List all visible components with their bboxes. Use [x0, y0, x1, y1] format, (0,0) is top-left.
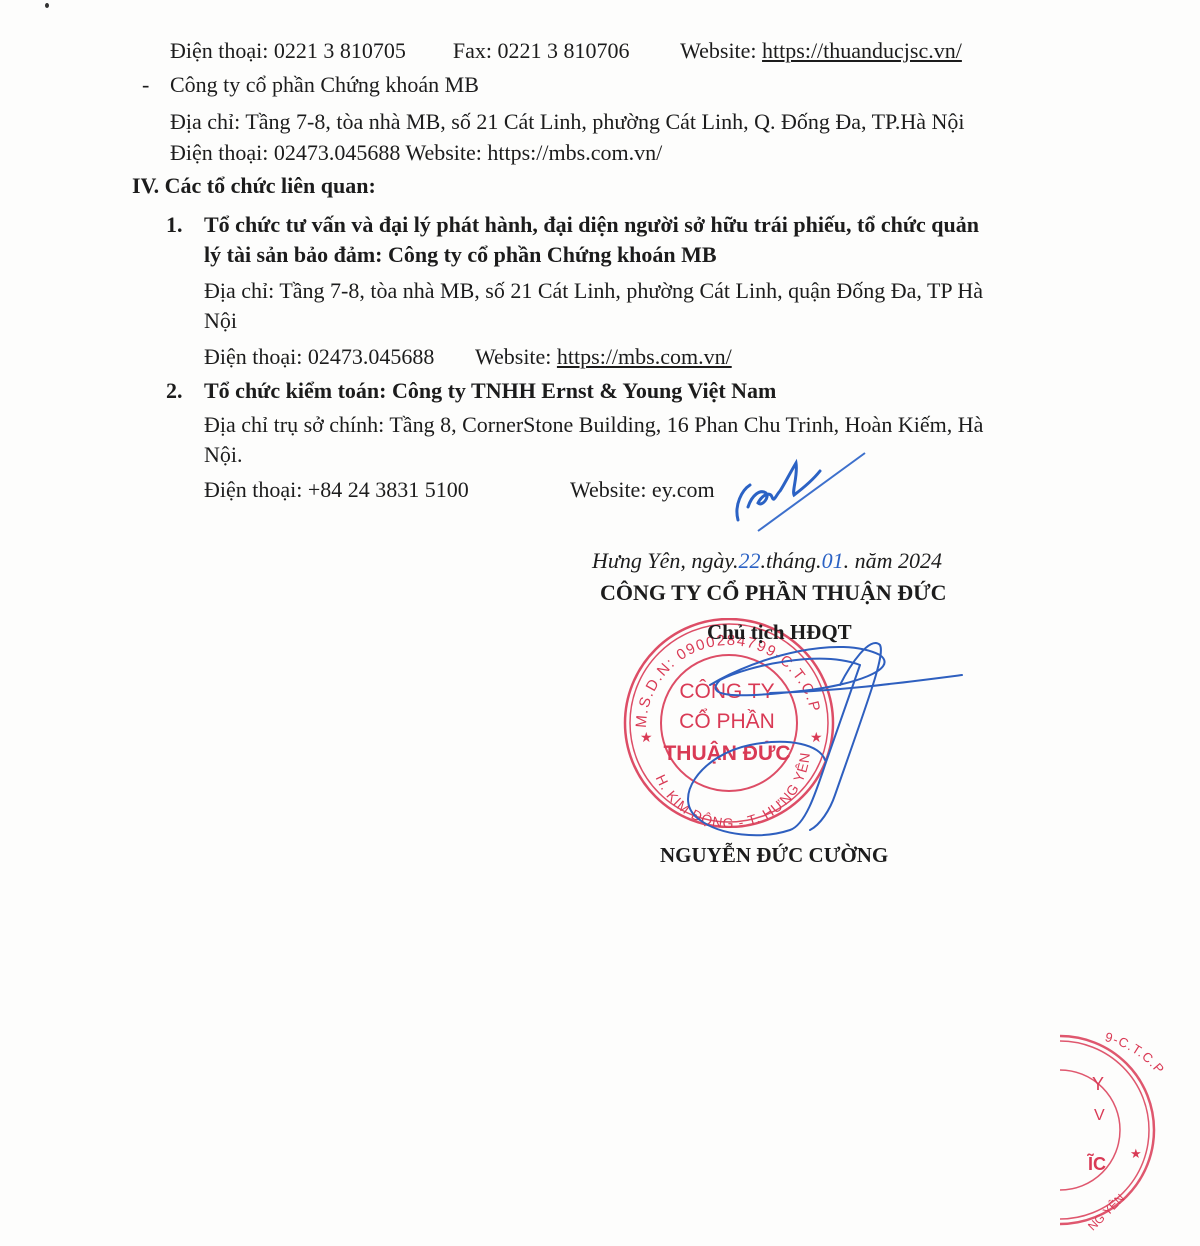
signer-name: NGUYỄN ĐỨC CƯỜNG: [660, 840, 888, 870]
item-1-address-line1: Địa chỉ: Tầng 7-8, tòa nhà MB, số 21 Cát…: [204, 276, 983, 306]
item-1-contact: Điện thoại: 02473.045688 Website: https:…: [204, 342, 732, 372]
date-prefix: Hưng Yên, ngày.: [592, 548, 738, 573]
item-2-title: Tổ chức kiểm toán: Công ty TNHH Ernst & …: [204, 376, 776, 406]
date-day: 22: [738, 548, 760, 573]
svg-text:★: ★: [1130, 1147, 1142, 1162]
date-mid: .tháng.: [760, 548, 821, 573]
item-2-address-line2: Nội.: [204, 440, 243, 470]
item-2-phone: Điện thoại: +84 24 3831 5100: [204, 475, 469, 505]
item-2-number: 2.: [166, 376, 183, 406]
date-month: 01: [822, 548, 844, 573]
thuanduc-contact-line: Điện thoại: 0221 3 810705 Fax: 0221 3 81…: [170, 36, 962, 66]
mb-contact: Điện thoại: 02473.045688 Website: https:…: [170, 138, 662, 168]
item-1-number: 1.: [166, 210, 183, 240]
section-heading: IV. Các tổ chức liên quan:: [132, 171, 376, 201]
fax-text: Fax: 0221 3 810706: [453, 38, 630, 63]
item-1-website-link[interactable]: https://mbs.com.vn/: [557, 344, 732, 369]
svg-text:Y: Y: [1092, 1074, 1104, 1094]
mb-address: Địa chỉ: Tầng 7-8, tòa nhà MB, số 21 Cát…: [170, 107, 965, 137]
company-name: CÔNG TY CỔ PHẦN THUẬN ĐỨC: [600, 578, 947, 608]
svg-text:ĨC: ĨC: [1087, 1153, 1106, 1174]
scan-speck: [45, 3, 49, 8]
item-1-website-label: Website:: [475, 344, 557, 369]
chairman-signature-icon: [640, 625, 970, 855]
website-link[interactable]: https://thuanducjsc.vn/: [762, 38, 962, 63]
item-2-address-line1: Địa chỉ trụ sở chính: Tầng 8, CornerSton…: [204, 410, 983, 440]
item-1-title-line2: lý tài sản bảo đảm: Công ty cổ phần Chứn…: [204, 240, 717, 270]
initials-signature-icon: [700, 445, 880, 535]
item-1-address-line2: Nội: [204, 306, 237, 336]
svg-text:NG YÊN: NG YÊN: [1084, 1190, 1127, 1233]
website-label: Website:: [680, 38, 762, 63]
mb-name: Công ty cổ phần Chứng khoán MB: [170, 70, 479, 100]
signing-date: Hưng Yên, ngày.22.tháng.01. năm 2024: [592, 546, 942, 576]
item-2-website: Website: ey.com: [570, 475, 715, 505]
mb-bullet: -: [142, 70, 149, 100]
date-suffix: . năm 2024: [844, 548, 942, 573]
partial-stamp-icon: 9-C.T.C.P ★ Y V ĨC NG YÊN: [1060, 1030, 1200, 1240]
phone-text: Điện thoại: 0221 3 810705: [170, 38, 406, 63]
item-1-title-line1: Tổ chức tư vấn và đại lý phát hành, đại …: [204, 210, 979, 240]
item-1-phone: Điện thoại: 02473.045688: [204, 344, 434, 369]
svg-text:V: V: [1094, 1107, 1105, 1124]
